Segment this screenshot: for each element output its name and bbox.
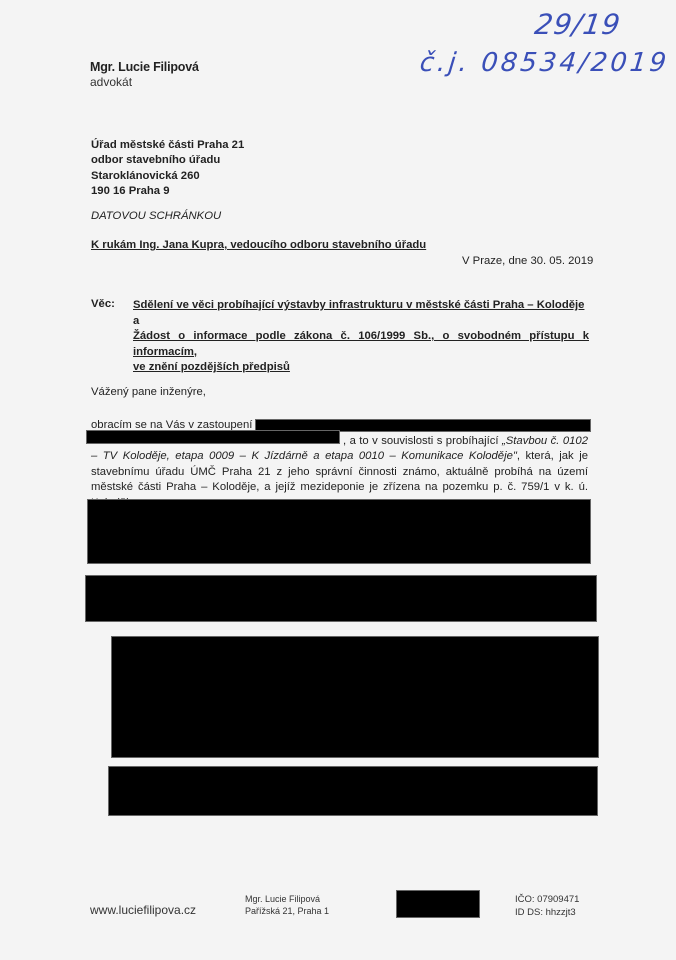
- attention-line: K rukám Ing. Jana Kupra, vedoucího odbor…: [91, 239, 426, 251]
- subject-line-1: Sdělení ve věci probíhající výstavby inf…: [133, 298, 589, 314]
- handwritten-reference-number: č.j. 08534/2019: [418, 48, 670, 78]
- redaction-box: [86, 430, 340, 444]
- sender-role: advokát: [90, 75, 132, 89]
- footer-id-ds: ID DS: hhzzjt3: [515, 906, 579, 919]
- subject-line-2b: ve znění pozdějších předpisů: [133, 360, 589, 376]
- subject-conjunction: a: [133, 314, 589, 330]
- redaction-box: [111, 636, 599, 758]
- footer-address: Mgr. Lucie Filipová Pařížská 21, Praha 1: [245, 893, 329, 917]
- handwritten-file-number: 29/19: [533, 8, 623, 41]
- footer-ico: IČO: 07909471: [515, 893, 579, 906]
- redaction-box: [85, 575, 597, 622]
- redaction-box: [87, 499, 591, 564]
- paragraph-after-redaction: , a to v souvislosti s probíhající: [343, 435, 502, 447]
- recipient-address: Úřad městské části Praha 21 odbor staveb…: [91, 138, 244, 199]
- redaction-box: [108, 766, 598, 816]
- letter-date: V Praze, dne 30. 05. 2019: [462, 255, 593, 267]
- delivery-method: DATOVOU SCHRÁNKOU: [91, 210, 221, 222]
- recipient-line: 190 16 Praha 9: [91, 184, 244, 199]
- footer-name: Mgr. Lucie Filipová: [245, 893, 329, 905]
- recipient-line: Úřad městské části Praha 21: [91, 138, 244, 153]
- footer-street: Pařížská 21, Praha 1: [245, 905, 329, 917]
- subject-line-2a: Žádost o informace podle zákona č. 106/1…: [133, 329, 589, 360]
- recipient-line: Staroklánovická 260: [91, 169, 244, 184]
- footer-website: www.luciefilipova.cz: [90, 903, 196, 917]
- greeting: Vážený pane inženýre,: [91, 386, 206, 398]
- redaction-box: [396, 890, 480, 918]
- footer-ids: IČO: 07909471 ID DS: hhzzjt3: [515, 893, 579, 919]
- subject: Sdělení ve věci probíhající výstavby inf…: [133, 298, 589, 376]
- recipient-line: odbor stavebního úřadu: [91, 153, 244, 168]
- sender-name: Mgr. Lucie Filipová: [90, 60, 199, 74]
- subject-label: Věc:: [91, 298, 115, 310]
